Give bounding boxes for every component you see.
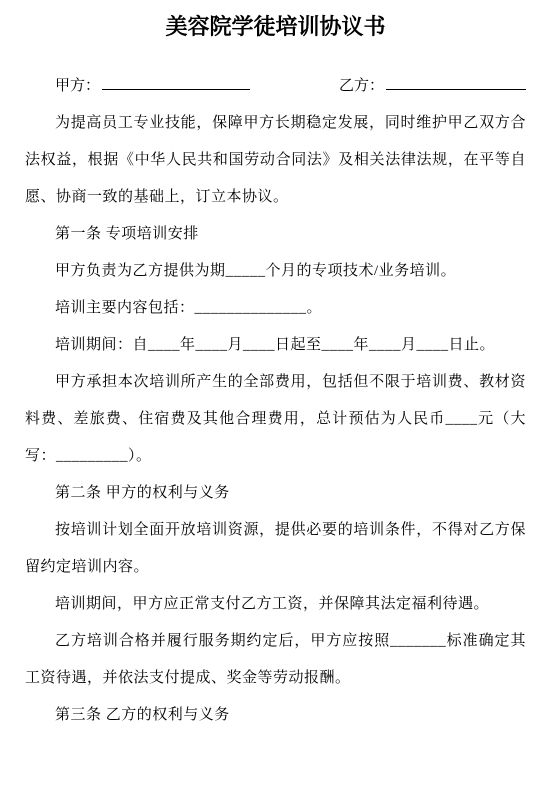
party-b-label: 乙方： — [339, 78, 384, 94]
clause-1-heading: 第一条 专项培训安排 — [25, 216, 526, 253]
party-a-blank-field — [102, 74, 250, 90]
clause-1-training-costs: 甲方承担本次培训所产生的全部费用，包括但不限于培训费、教材资料费、差旅费、住宿费… — [25, 364, 526, 475]
party-a: 甲方： — [55, 68, 250, 105]
clause-2-heading: 第二条 甲方的权利与义务 — [25, 475, 526, 512]
party-b: 乙方： — [339, 68, 526, 105]
document-title: 美容院学徒培训协议书 — [25, 12, 526, 42]
clause-3-heading: 第三条 乙方的权利与义务 — [25, 697, 526, 734]
clause-2-post-training-pay: 乙方培训合格并履行服务期约定后，甲方应按照_______标准确定其工资待遇，并依… — [25, 623, 526, 697]
clause-2-training-resources: 按培训计划全面开放培训资源，提供必要的培训条件，不得对乙方保留约定培训内容。 — [25, 512, 526, 586]
preamble-paragraph: 为提高员工专业技能，保障甲方长期稳定发展，同时维护甲乙双方合法权益，根据《中华人… — [25, 105, 526, 216]
party-a-label: 甲方： — [55, 78, 100, 94]
clause-1-training-period: 培训期间：自____年____月____日起至____年____月____日止。 — [25, 327, 526, 364]
clause-1-training-content: 培训主要内容包括：______________。 — [25, 290, 526, 327]
clause-2-wages-during-training: 培训期间，甲方应正常支付乙方工资，并保障其法定福利待遇。 — [25, 586, 526, 623]
parties-line: 甲方： 乙方： — [55, 68, 526, 105]
clause-1-training-duration: 甲方负责为乙方提供为期_____个月的专项技术/业务培训。 — [25, 253, 526, 290]
party-b-blank-field — [386, 74, 526, 90]
document-page: 美容院学徒培训协议书 甲方： 乙方： 为提高员工专业技能，保障甲方长期稳定发展，… — [0, 0, 551, 812]
